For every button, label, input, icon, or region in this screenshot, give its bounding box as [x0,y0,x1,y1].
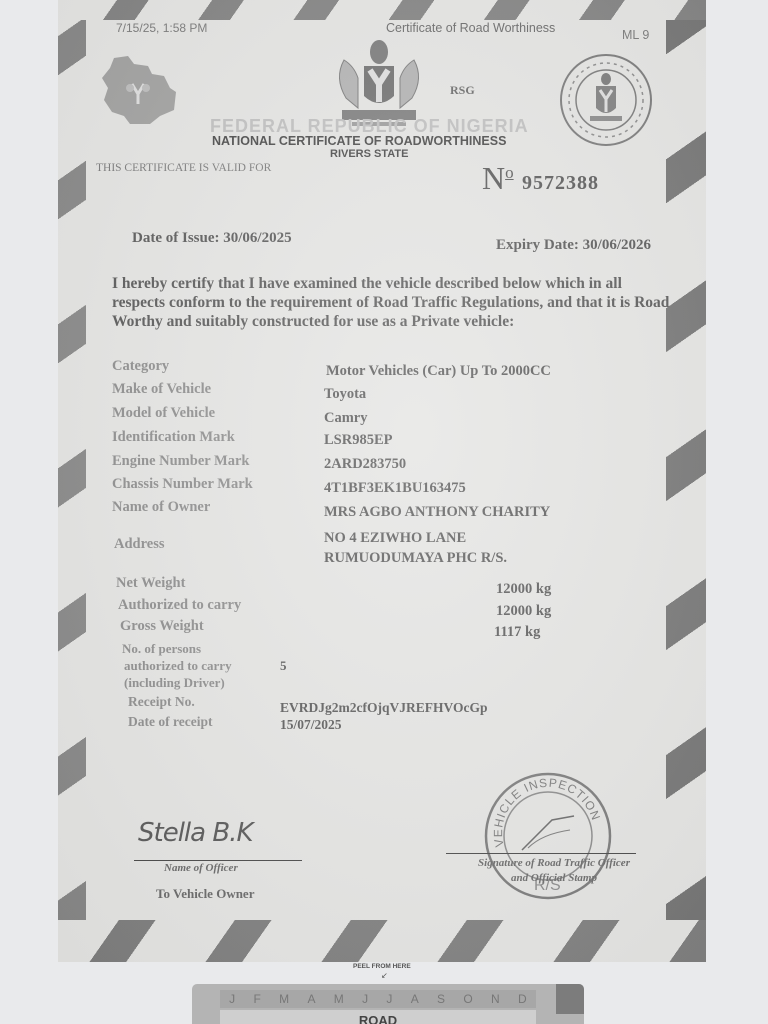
sticker-title: ROAD [220,1010,536,1024]
signature-label-line-1: Signature of Road Traffic Officer [454,856,654,871]
signature-label-line-2: and Official Stamp [454,871,654,886]
month-nov: N [491,992,500,1006]
field-value-make: Toyota [324,386,366,403]
officer-signature-line [134,860,302,861]
month-oct: O [463,992,472,1006]
gross-weight-value: 1117 kg [494,624,540,641]
hazard-stripe-right [666,20,706,920]
persons-label-line-1: No. of persons [122,641,201,657]
hazard-stripe-bottom [78,920,706,962]
certification-statement: I hereby certify that I have examined th… [112,274,672,331]
rivers-state-map-logo-icon [100,54,178,126]
certificate-body: 7/15/25, 1:58 PM Certificate of Road Wor… [88,18,666,918]
address-line-1: NO 4 EZIWHO LANE [324,530,466,547]
road-officer-signature-label: Signature of Road Traffic Officer and Of… [454,856,654,886]
field-value-engine: 2ARD283750 [324,456,406,473]
month-aug: A [411,992,419,1006]
persons-label-line-2: authorized to carry [124,658,232,674]
month-sep: S [437,992,445,1006]
month-feb: F [253,992,260,1006]
svg-text:VEHICLE INSPECTION OFFICE: VEHICLE INSPECTION OFFICE [482,770,604,848]
field-value-identification: LSR985EP [324,432,393,449]
field-label-make: Make of Vehicle [112,381,211,398]
month-mar: M [279,992,289,1006]
field-value-model: Camry [324,410,368,427]
issue-date: Date of Issue: 30/06/2025 [132,230,292,247]
document-title: Certificate of Road Worthiness [386,21,555,35]
hazard-stripe-top [58,0,706,20]
stamp-text: VEHICLE INSPECTION OFFICE [482,770,604,848]
state-name: RIVERS STATE [330,148,408,160]
gross-weight-label: Gross Weight [120,618,204,635]
print-timestamp: 7/15/25, 1:58 PM [116,21,207,35]
officer-signature: Stella B.K [138,818,253,848]
field-value-category: Motor Vehicles (Car) Up To 2000CC [326,363,551,380]
field-label-engine: Engine Number Mark [112,453,250,470]
certificate-number: 9572388 [522,172,599,195]
officer-name-label: Name of Officer [164,862,238,874]
form-code: ML 9 [622,28,649,42]
certificate-title: NATIONAL CERTIFICATE OF ROADWORTHINESS [212,134,506,148]
expiry-date: Expiry Date: 30/06/2026 [496,237,651,254]
number-superscript: o [505,163,514,182]
receipt-number-value: EVRDJg2m2cfOjqVJREFHVOcGp [280,700,487,716]
road-officer-signature-line [446,853,636,854]
month-jul: J [386,992,392,1006]
month-apr: A [307,992,315,1006]
month-jan: J [229,992,235,1006]
authorized-carry-value: 12000 kg [496,603,551,620]
sticker-corner [556,984,584,1014]
peel-from-here-label: PEEL FROM HERE [353,963,411,970]
month-may: M [334,992,344,1006]
field-label-identification: Identification Mark [112,429,235,446]
peel-arrow-icon: ↙ [381,971,388,980]
rsg-label: RSG [450,83,475,98]
month-dec: D [518,992,527,1006]
address-label: Address [114,536,165,553]
field-value-chassis: 4T1BF3EK1BU163475 [324,480,466,497]
address-line-2: RUMUODUMAYA PHC R/S. [324,550,507,567]
net-weight-label: Net Weight [116,575,185,592]
field-label-category: Category [112,358,169,375]
receipt-date-label: Date of receipt [128,714,212,730]
field-label-model: Model of Vehicle [112,405,215,422]
authorized-carry-label: Authorized to carry [118,597,241,614]
receipt-number-label: Receipt No. [128,694,195,710]
to-vehicle-owner-label: To Vehicle Owner [156,886,254,902]
month-jun: J [362,992,368,1006]
field-value-owner: MRS AGBO ANTHONY CHARITY [324,504,550,521]
field-label-chassis: Chassis Number Mark [112,476,253,493]
certificate-paper: 7/15/25, 1:58 PM Certificate of Road Wor… [58,0,706,962]
number-symbol: No [482,160,514,197]
field-label-owner: Name of Owner [112,499,210,516]
receipt-date-value: 15/07/2025 [280,717,342,733]
persons-label-line-3: (including Driver) [124,675,225,691]
official-seal-icon [558,52,654,148]
hazard-stripe-left [58,20,86,920]
expiry-sticker[interactable]: J F M A M J J A S O N D ROAD [192,984,584,1024]
net-weight-value: 12000 kg [496,581,551,598]
month-strip: J F M A M J J A S O N D [220,990,536,1008]
valid-for-label: THIS CERTIFICATE IS VALID FOR [96,162,271,174]
number-prefix: N [482,160,505,196]
persons-value: 5 [280,658,287,674]
